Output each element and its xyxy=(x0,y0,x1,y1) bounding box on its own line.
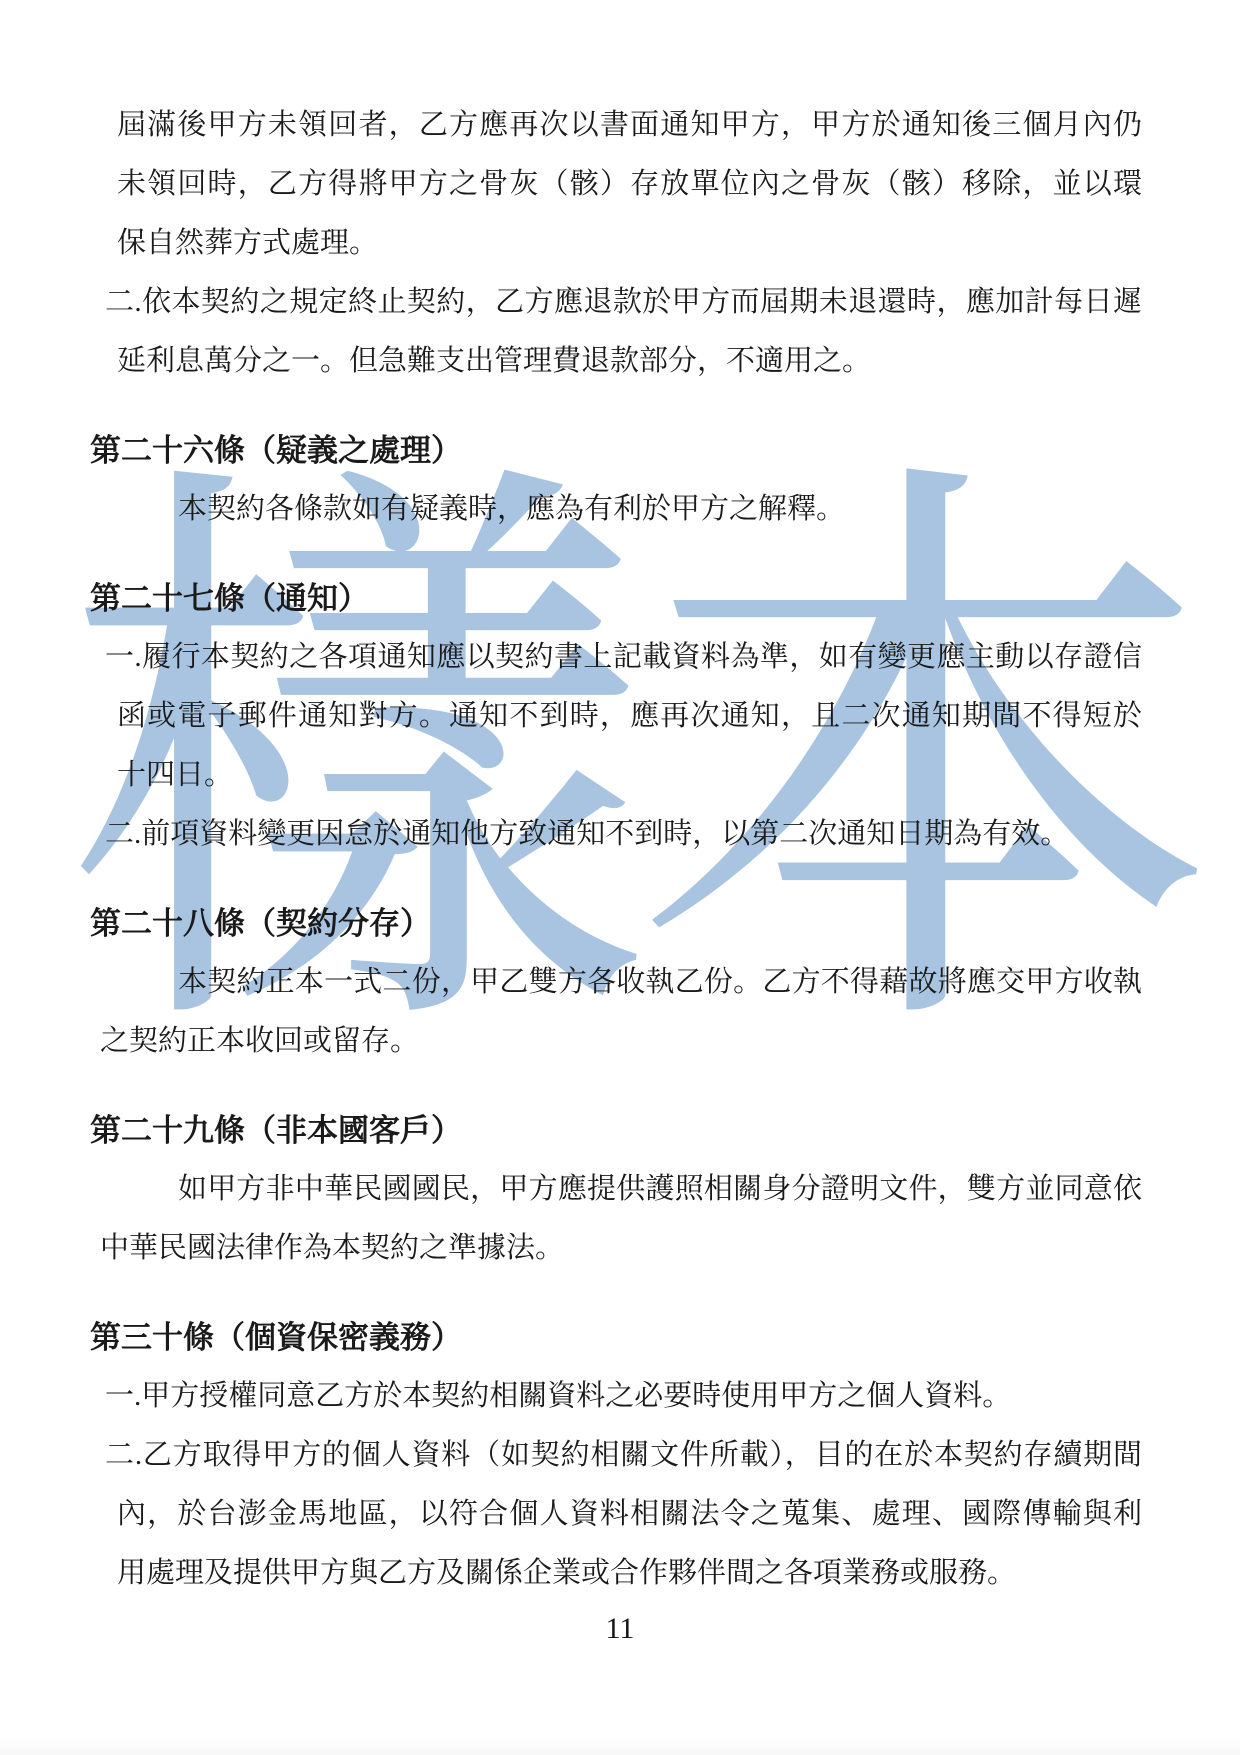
scan-artifact xyxy=(0,1737,1240,1755)
clause-item-continuation: 屆滿後甲方未領回者，乙方應再次以書面通知甲方，甲方於通知後三個月內仍未領回時，乙… xyxy=(90,96,1142,273)
article-heading: 第三十條（個資保密義務） xyxy=(90,1308,1142,1367)
clause-paragraph: 如甲方非中華民國國民，甲方應提供護照相關身分證明文件，雙方並同意依中華民國法律作… xyxy=(90,1160,1142,1278)
article-heading-text: 第二十九條（非本國客戶） xyxy=(90,1101,1142,1160)
text-line: 保自然葬方式處理。 xyxy=(117,214,1142,273)
text-line: 內，於台澎金馬地區，以符合個人資料相關法令之蒐集、處理、國際傳輸與利 xyxy=(117,1485,1142,1544)
text-line: 屆滿後甲方未領回者，乙方應再次以書面通知甲方，甲方於通知後三個月內仍 xyxy=(117,96,1142,155)
document-body: 屆滿後甲方未領回者，乙方應再次以書面通知甲方，甲方於通知後三個月內仍未領回時，乙… xyxy=(0,0,1142,1603)
text-line: 函或電子郵件通知對方。通知不到時，應再次通知，且二次通知期間不得短於 xyxy=(117,687,1142,746)
clause-item: 一.履行本契約之各項通知應以契約書上記載資料為準，如有變更應主動以存證信函或電子… xyxy=(90,628,1142,805)
article-heading-text: 第三十條（個資保密義務） xyxy=(90,1308,1142,1367)
text-line: 用處理及提供甲方與乙方及關係企業或合作夥伴間之各項業務或服務。 xyxy=(117,1544,1142,1603)
text-line: 未領回時，乙方得將甲方之骨灰（骸）存放單位內之骨灰（骸）移除，並以環 xyxy=(117,155,1142,214)
clause-item: 二.依本契約之規定終止契約，乙方應退款於甲方而屆期未退還時，應加計每日遲延利息萬… xyxy=(90,273,1142,391)
clause-paragraph: 本契約正本一式二份，甲乙雙方各收執乙份。乙方不得藉故將應交甲方收執之契約正本收回… xyxy=(90,953,1142,1071)
article-heading: 第二十八條（契約分存） xyxy=(90,894,1142,953)
text-line: 十四日。 xyxy=(117,746,1142,805)
text-line: 本契約正本一式二份，甲乙雙方各收執乙份。乙方不得藉故將應交甲方收執 xyxy=(178,953,1142,1012)
text-line: 本契約各條款如有疑義時，應為有利於甲方之解釋。 xyxy=(178,480,1142,539)
article-heading-text: 第二十七條（通知） xyxy=(90,569,1142,628)
text-line: 一.履行本契約之各項通知應以契約書上記載資料為準，如有變更應主動以存證信 xyxy=(105,628,1142,687)
text-line: 之契約正本收回或留存。 xyxy=(100,1012,1142,1071)
clause-item: 一.甲方授權同意乙方於本契約相關資料之必要時使用甲方之個人資料。 xyxy=(90,1367,1142,1426)
clause-item: 二.乙方取得甲方的個人資料（如契約相關文件所載），目的在於本契約存續期間內，於台… xyxy=(90,1426,1142,1603)
article-heading-text: 第二十八條（契約分存） xyxy=(90,894,1142,953)
text-line: 延利息萬分之一。但急難支出管理費退款部分，不適用之。 xyxy=(117,332,1142,391)
text-line: 二.依本契約之規定終止契約，乙方應退款於甲方而屆期未退還時，應加計每日遲 xyxy=(105,273,1142,332)
text-line: 一.甲方授權同意乙方於本契約相關資料之必要時使用甲方之個人資料。 xyxy=(105,1367,1142,1426)
text-line: 如甲方非中華民國國民，甲方應提供護照相關身分證明文件，雙方並同意依 xyxy=(178,1160,1142,1219)
text-line: 二.前項資料變更因怠於通知他方致通知不到時，以第二次通知日期為有效。 xyxy=(105,805,1142,864)
clause-item: 二.前項資料變更因怠於通知他方致通知不到時，以第二次通知日期為有效。 xyxy=(90,805,1142,864)
page-number: 11 xyxy=(0,1612,1240,1646)
text-line: 中華民國法律作為本契約之準據法。 xyxy=(100,1219,1142,1278)
article-heading: 第二十九條（非本國客戶） xyxy=(90,1101,1142,1160)
text-line: 二.乙方取得甲方的個人資料（如契約相關文件所載），目的在於本契約存續期間 xyxy=(105,1426,1142,1485)
article-heading-text: 第二十六條（疑義之處理） xyxy=(90,421,1142,480)
clause-paragraph: 本契約各條款如有疑義時，應為有利於甲方之解釋。 xyxy=(90,480,1142,539)
article-heading: 第二十七條（通知） xyxy=(90,569,1142,628)
article-heading: 第二十六條（疑義之處理） xyxy=(90,421,1142,480)
